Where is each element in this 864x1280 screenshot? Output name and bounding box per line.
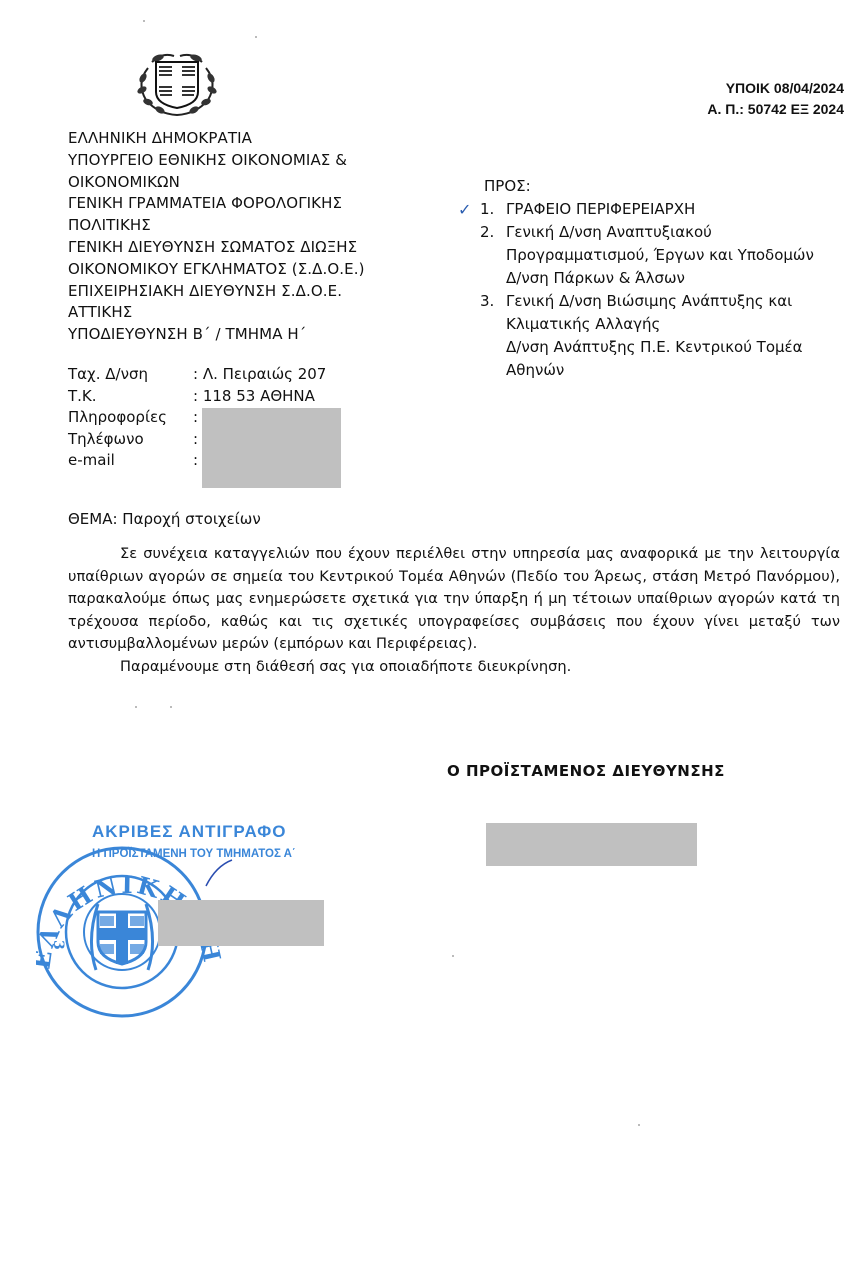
sender-line: ΕΛΛΗΝΙΚΗ ΔΗΜΟΚΡΑΤΙΑ [68, 128, 365, 150]
contact-value: : 118 53 ΑΘΗΝΑ [193, 386, 315, 408]
recipient-item: 3. Γενική Δ/νση Βιώσιμης Ανάπτυξης και Κ… [458, 290, 846, 382]
body-paragraph: Σε συνέχεια καταγγελιών που έχουν περιέλ… [68, 543, 840, 656]
contact-label: Ταχ. Δ/νση [68, 364, 193, 386]
recipient-number: 1. [480, 198, 506, 221]
recipient-line: Γενική Δ/νση Βιώσιμης Ανάπτυξης και [506, 290, 846, 313]
recipients-title: ΠΡΟΣ: [458, 175, 846, 198]
certifying-official-stamp: Η ΠΡΟΪΣΤΑΜΕΝΗ ΤΟΥ ΤΜΗΜΑΤΟΣ Α΄ [92, 848, 296, 860]
recipient-number: 3. [480, 290, 506, 382]
scan-speck [452, 955, 454, 957]
contact-value: : [193, 429, 198, 451]
recipient-line: Γενική Δ/νση Αναπτυξιακού [506, 221, 846, 244]
body-paragraph: Παραμένουμε στη διάθεσή σας για οποιαδήπ… [68, 656, 840, 679]
contact-label: Τ.Κ. [68, 386, 193, 408]
document-reference: ΥΠΟΙΚ 08/04/2024 Α. Π.: 50742 ΕΞ 2024 [707, 78, 844, 120]
recipient-line: ΓΡΑΦΕΙΟ ΠΕΡΙΦΕΡΕΙΑΡΧΗ [506, 198, 846, 221]
sender-line: ΥΠΟΔΙΕΥΘΥΝΣΗ Β΄ / ΤΜΗΜΑ Η΄ [68, 324, 365, 346]
signatory-title: Ο ΠΡΟΪΣΤΑΜΕΝΟΣ ΔΙΕΥΘΥΝΣΗΣ [447, 762, 725, 780]
sender-line: ΑΤΤΙΚΗΣ [68, 302, 365, 324]
recipient-item: ✓ 1. ΓΡΑΦΕΙΟ ΠΕΡΙΦΕΡΕΙΑΡΧΗ [458, 198, 846, 221]
sender-line: ΓΕΝΙΚΗ ΔΙΕΥΘΥΝΣΗ ΣΩΜΑΤΟΣ ΔΙΩΞΗΣ [68, 237, 365, 259]
sender-line: ΕΠΙΧΕΙΡΗΣΙΑΚΗ ΔΙΕΥΘΥΝΣΗ Σ.Δ.Ο.Ε. [68, 281, 365, 303]
scan-speck [638, 1124, 640, 1126]
recipient-line: Προγραμματισμού, Έργων και Υποδομών [506, 244, 846, 267]
sender-line: ΟΙΚΟΝΟΜΙΚΟΥ ΕΓΚΛΗΜΑΤΟΣ (Σ.Δ.Ο.Ε.) [68, 259, 365, 281]
scan-speck [135, 706, 137, 708]
scan-speck [170, 706, 172, 708]
contact-label: Τηλέφωνο [68, 429, 193, 451]
sender-line: ΓΕΝΙΚΗ ΓΡΑΜΜΑΤΕΙΑ ΦΟΡΟΛΟΓΙΚΗΣ [68, 193, 365, 215]
recipient-item: 2. Γενική Δ/νση Αναπτυξιακού Προγραμματι… [458, 221, 846, 290]
redacted-signature-box [486, 823, 697, 866]
contact-label: e-mail [68, 450, 193, 472]
recipient-number: 2. [480, 221, 506, 290]
contact-value: : [193, 450, 198, 472]
subject-line: ΘΕΜΑ: Παροχή στοιχείων [68, 510, 261, 528]
recipient-line: Δ/νση Πάρκων & Άλσων [506, 267, 846, 290]
recipient-line: Κλιματικής Αλλαγής [506, 313, 846, 336]
protocol-number: Α. Π.: 50742 ΕΞ 2024 [707, 99, 844, 120]
recipient-line: Δ/νση Ανάπτυξης Π.Ε. Κεντρικού Τομέα [506, 336, 846, 359]
recipient-line: Αθηνών [506, 359, 846, 382]
contact-row-postcode: Τ.Κ. : 118 53 ΑΘΗΝΑ [68, 386, 326, 408]
contact-label: Πληροφορίες [68, 407, 193, 429]
scan-speck [255, 36, 257, 38]
certified-copy-stamp: ΑΚΡΙΒΕΣ ΑΝΤΙΓΡΑΦΟ [92, 822, 286, 842]
contact-row-address: Ταχ. Δ/νση : Λ. Πειραιώς 207 [68, 364, 326, 386]
redacted-contact-box [202, 408, 341, 488]
contact-value: : [193, 407, 198, 429]
sender-block: ΕΛΛΗΝΙΚΗ ΔΗΜΟΚΡΑΤΙΑ ΥΠΟΥΡΓΕΙΟ ΕΘΝΙΚΗΣ ΟΙ… [68, 128, 365, 346]
redacted-stamp-signature-box [158, 900, 324, 946]
checkmark-icon: ✓ [458, 198, 480, 221]
scan-speck [143, 20, 145, 22]
contact-value: : Λ. Πειραιώς 207 [193, 364, 326, 386]
recipients-block: ΠΡΟΣ: ✓ 1. ΓΡΑΦΕΙΟ ΠΕΡΙΦΕΡΕΙΑΡΧΗ 2. Γενι… [458, 175, 846, 382]
sender-line: ΟΙΚΟΝΟΜΙΚΩΝ [68, 172, 365, 194]
sender-line: ΠΟΛΙΤΙΚΗΣ [68, 215, 365, 237]
greek-coat-of-arms-icon [128, 48, 226, 118]
reference-date: ΥΠΟΙΚ 08/04/2024 [707, 78, 844, 99]
letter-body: Σε συνέχεια καταγγελιών που έχουν περιέλ… [68, 543, 840, 678]
sender-line: ΥΠΟΥΡΓΕΙΟ ΕΘΝΙΚΗΣ ΟΙΚΟΝΟΜΙΑΣ & [68, 150, 365, 172]
